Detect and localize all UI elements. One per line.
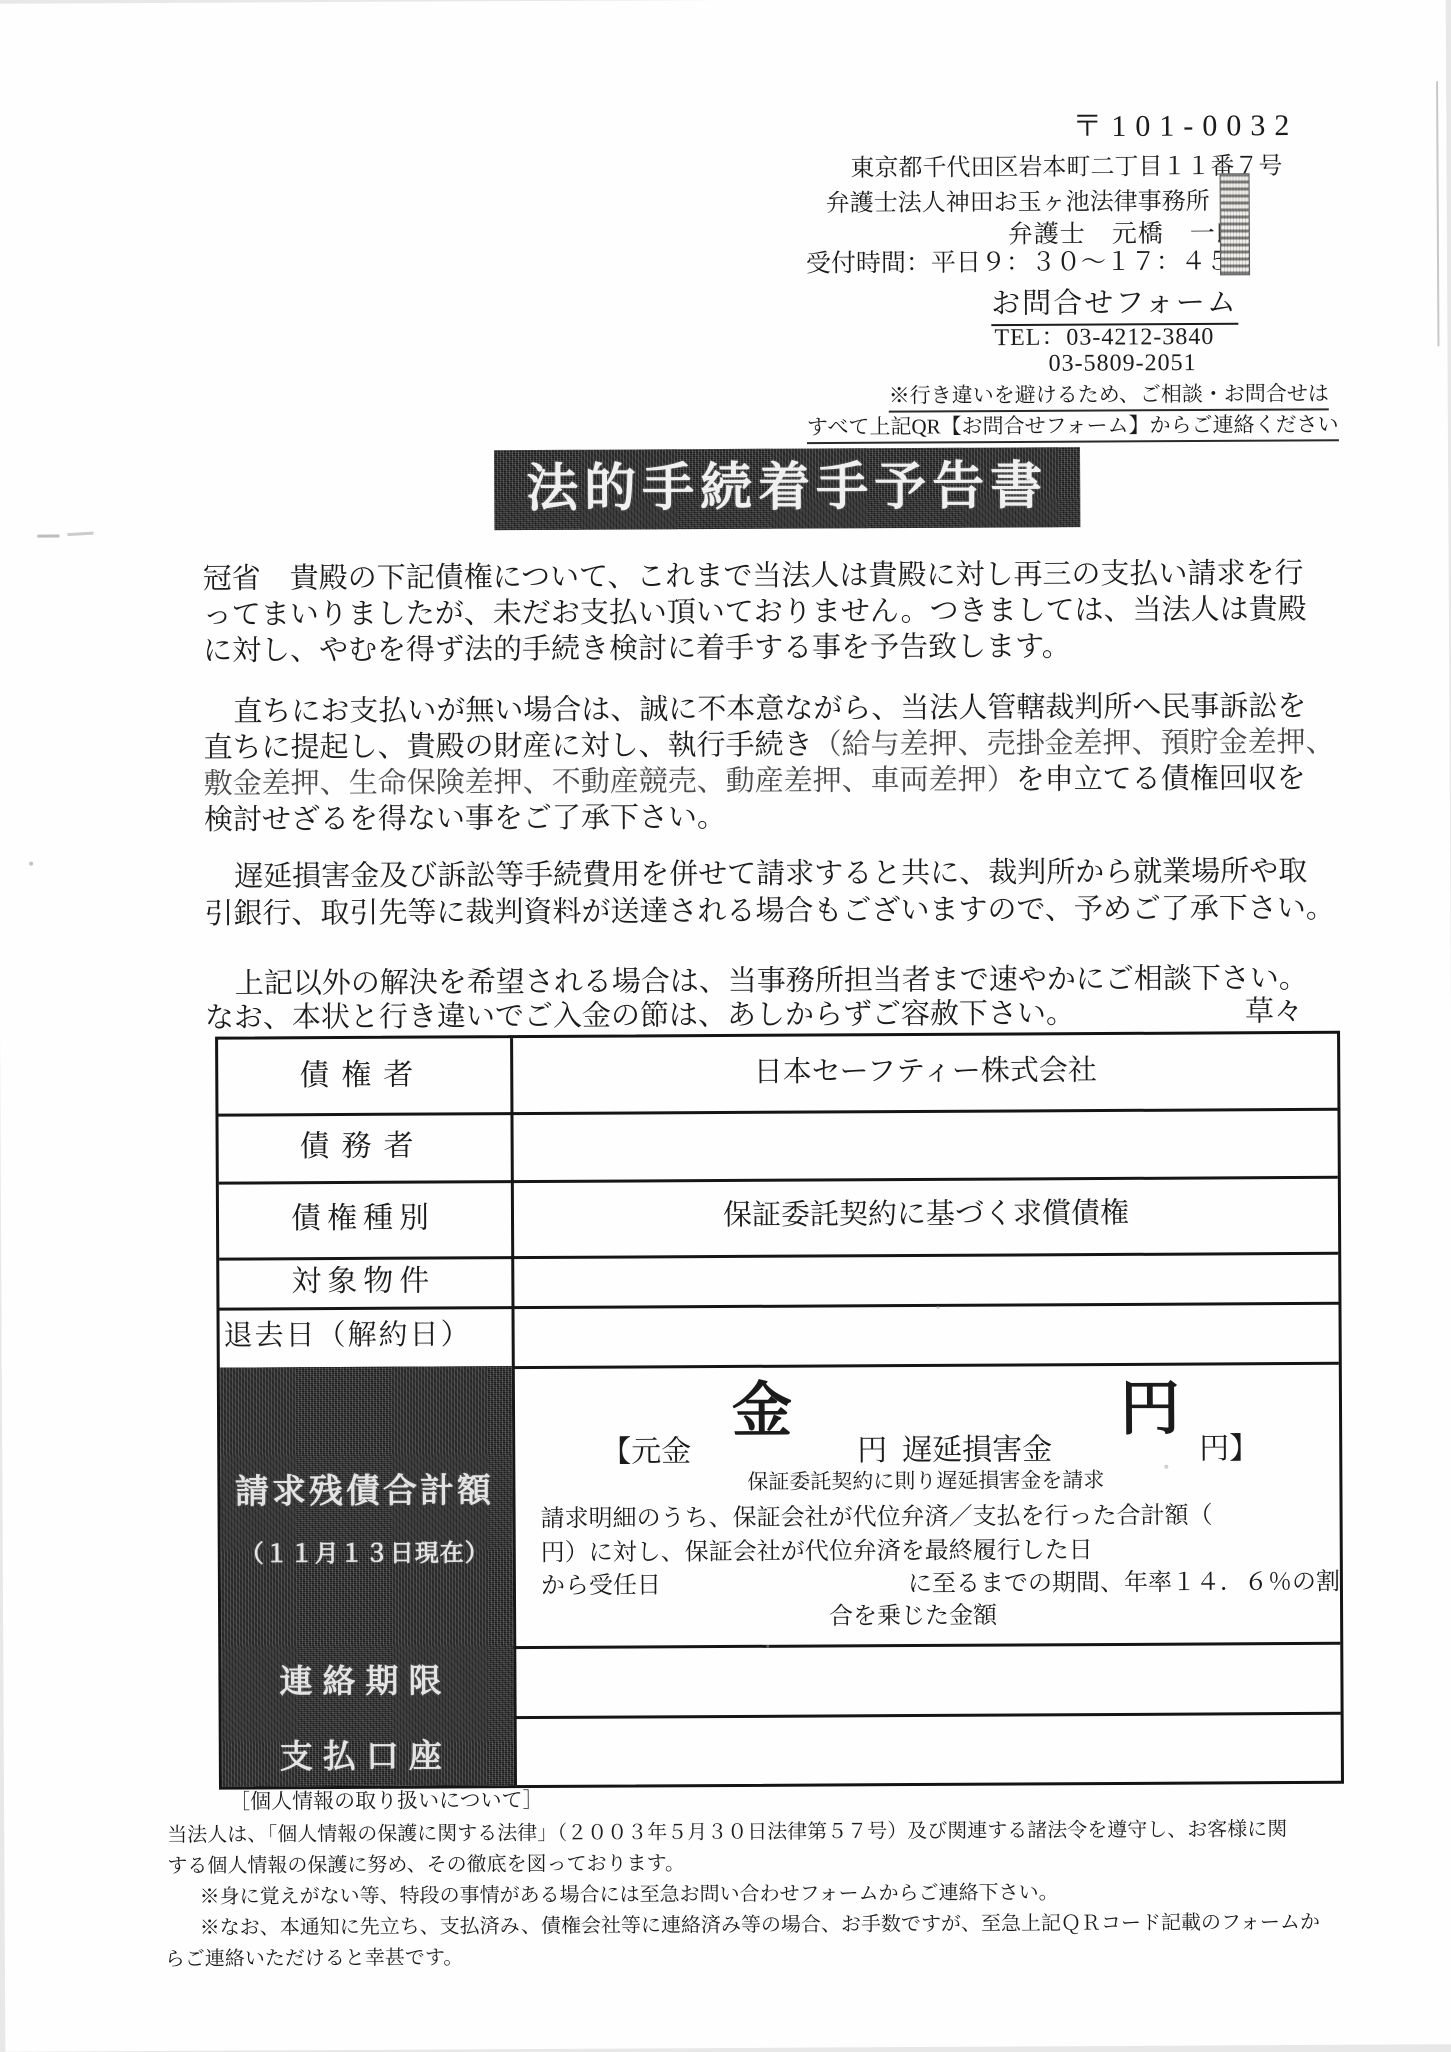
- table-row-divider: [218, 1108, 1337, 1117]
- title-banner: 法的手続着手予告書: [494, 447, 1080, 530]
- scan-artifact-dash: [67, 532, 93, 536]
- sender-tel-1: TEL：03-4212-3840: [994, 316, 1214, 352]
- amount-late-charge-label: 遅延損害金: [902, 1424, 1052, 1469]
- sender-office-name: 弁護士法人神田お玉ヶ池法律事務所: [826, 181, 1210, 218]
- body-p2-line3: 敷金差押、生命保険差押、不動産競売、動産差押、車両差押）を申立てる債権回収を: [204, 755, 1306, 802]
- amount-detail-line3a: から受任日: [541, 1565, 661, 1601]
- amount-kin: 金: [732, 1363, 792, 1449]
- scan-artifact-edge-line: [1436, 81, 1439, 346]
- amount-rule-line: 保証委託契約に則り遅延損害金を請求: [747, 1464, 1104, 1496]
- row-value-creditor: 日本セーフティー株式会社: [754, 1048, 1097, 1091]
- row-label-debtor: 債務者: [300, 1121, 426, 1166]
- amount-principal-en: 円: [857, 1425, 887, 1469]
- footer-line-6: らご連絡いただけると幸甚です。: [165, 1941, 464, 1972]
- body-p2-line4: 検討せざるを得ない事をご了承下さい。: [204, 794, 726, 838]
- row-label-moveout-date: 退去日（解約日）: [224, 1312, 472, 1354]
- footer-line-2: 当法人は、「個人情報の保護に関する法律」（２００３年５月３０日法律第５７号）及び…: [167, 1813, 1287, 1848]
- amount-principal-open: 【元金: [601, 1426, 691, 1470]
- qr-contact-note-line1: ※行き違いを避けるため、ご相談・お問合せは: [889, 377, 1329, 412]
- table-row-divider: [219, 1302, 1338, 1311]
- amount-late-charge-close: 円】: [1199, 1423, 1259, 1467]
- amount-en: 円: [1120, 1361, 1180, 1447]
- scan-artifact-speck: [936, 1306, 939, 1309]
- footer-privacy-heading: ［個人情報の取り扱いについて］: [229, 1784, 544, 1816]
- body-p3-line2: 引銀行、取引先等に裁判資料が送達される場合もございますので、予めご了承下さい。: [204, 885, 1335, 932]
- amount-detail-line3b: に至るまでの期間、年率１４．６％の割: [908, 1561, 1340, 1598]
- row-label-total-balance-date: （１１月１３日現在）: [240, 1533, 490, 1569]
- footer-line-5: ※なお、本通知に先立ち、支払済み、債権会社等に連絡済み等の場合、お手数ですが、至…: [200, 1905, 1320, 1940]
- dark-label-column: [220, 1366, 514, 1787]
- sender-tel-2: 03-5809-2051: [1048, 350, 1196, 378]
- scan-artifact-dot: [29, 862, 33, 866]
- amount-detail-line2: 円）に対し、保証会社が代位弁済を最終履行した日: [541, 1530, 1093, 1568]
- row-label-total-balance: 請求残債合計額: [235, 1463, 494, 1513]
- row-label-payment-account: 支払口座: [280, 1730, 452, 1778]
- row-label-claim-type: 債権種別: [291, 1193, 435, 1238]
- row-value-claim-type: 保証委託契約に基づく求償債権: [723, 1190, 1129, 1233]
- body-p2-line3-main: を申立てる債権回収を: [1016, 762, 1306, 796]
- page-title: 法的手続着手予告書: [494, 447, 1080, 530]
- table-row-divider: [219, 1176, 1338, 1185]
- sender-address: 東京都千代田区岩本町二丁目１１番７号: [850, 146, 1282, 183]
- scan-artifact-dash: [37, 534, 59, 537]
- closing-word: 草々: [1245, 988, 1303, 1029]
- sender-office-hours: 受付時間：平日９：３０～１７：４５: [806, 241, 1231, 279]
- row-label-creditor: 債権者: [299, 1050, 425, 1095]
- footer-line-3: する個人情報の保護に努め、その徹底を図っております。: [167, 1847, 685, 1879]
- row-label-contact-deadline: 連絡期限: [279, 1655, 451, 1703]
- scanned-legal-notice: 〒101-0032 東京都千代田区岩本町二丁目１１番７号 弁護士法人神田お玉ヶ池…: [0, 0, 1451, 2052]
- footer-line-4: ※身に覚えがない等、特段の事情がある場合には至急お問い合わせフォームからご連絡下…: [199, 1876, 1058, 1909]
- scan-artifact-speck: [1164, 1465, 1168, 1469]
- scan-artifact-speck: [766, 1645, 769, 1648]
- row-label-subject-property: 対象物件: [291, 1256, 435, 1301]
- reception-stamp: [1220, 173, 1251, 275]
- amount-detail-line1: 請求明細のうち、保証会社が代位弁済／支払を行った合計額（: [540, 1495, 1212, 1534]
- body-p1-line3: に対し、やむを得ず法的手続き検討に着手する事を予告致します。: [203, 624, 1071, 670]
- sender-postal-code: 〒101-0032: [1072, 100, 1298, 145]
- qr-contact-note-line2: すべて上記QR【お問合せフォーム】からご連絡ください: [807, 408, 1339, 444]
- amount-detail-line4: 合を乗じた金額: [829, 1595, 997, 1631]
- body-p4-line2: なお、本状と行き違いでご入金の節は、あしからずご容赦下さい。: [205, 991, 1075, 1037]
